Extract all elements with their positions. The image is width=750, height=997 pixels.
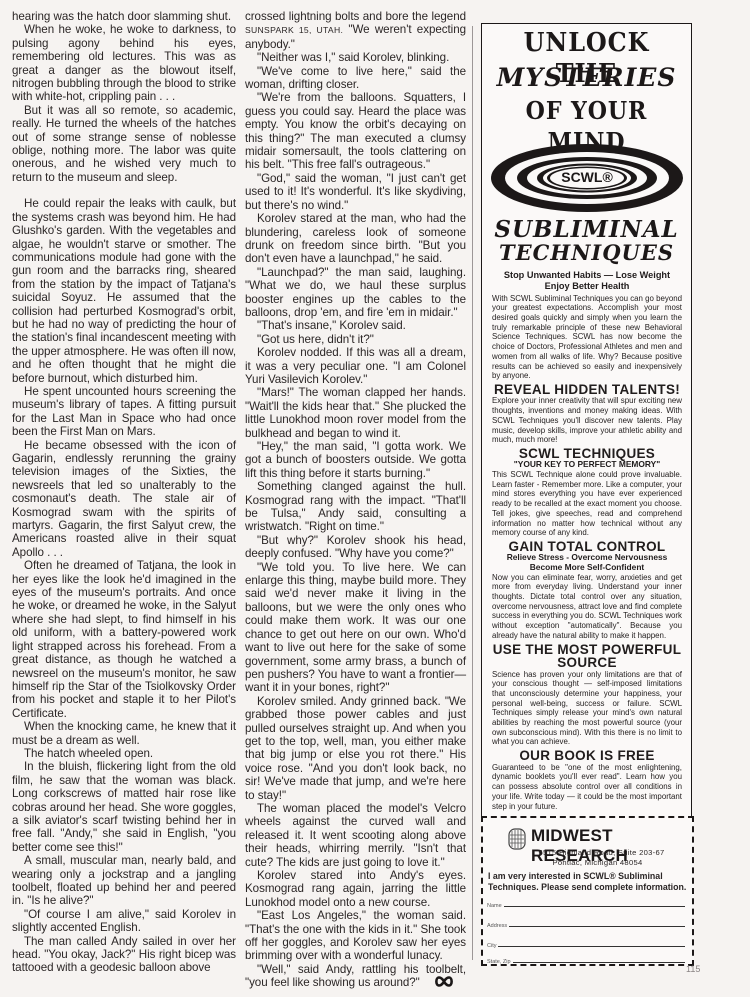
ad-section-heading: SCWL TECHNIQUES xyxy=(492,447,682,461)
story-paragraph: crossed lightning bolts and bore the leg… xyxy=(245,10,466,51)
city-field-label: City xyxy=(487,943,496,949)
ad-section-subheading: Relieve Stress - Overcome Nervousness Be… xyxy=(492,553,682,572)
mail-in-coupon: MIDWEST RESEARCH 6515 Highland Road; Sui… xyxy=(481,816,694,966)
story-paragraph: "East Los Angeles," the woman said. "Tha… xyxy=(245,909,466,963)
scwl-logo-text: SCWL® xyxy=(488,169,686,185)
story-paragraph: "Well," said Andy, rattling his toolbelt… xyxy=(245,963,466,991)
ad-body: Stop Unwanted Habits — Lose Weight Enjoy… xyxy=(492,270,682,811)
story-paragraph: "Launchpad?" the man said, laughing. "Wh… xyxy=(245,266,466,320)
name-field[interactable]: Name xyxy=(487,897,685,909)
address-field-line[interactable] xyxy=(509,926,685,927)
page-number: 115 xyxy=(686,964,700,974)
ad-headline-line-2: MYSTERIES xyxy=(482,62,691,93)
tattoo-legend: SUNSPARK 15, UTAH. xyxy=(245,25,343,35)
ad-section-heading: REVEAL HIDDEN TALENTS! xyxy=(492,383,682,397)
ad-intro: With SCWL Subliminal Techniques you can … xyxy=(492,294,682,381)
ad-section-heading: USE THE MOST POWERFUL SOURCE xyxy=(492,643,682,670)
state-zip-field-label: State, Zip xyxy=(487,959,511,965)
ad-section-body: Science has proven your only limitations… xyxy=(492,670,682,748)
story-paragraph: Often he dreamed of Tatjana, the look in… xyxy=(12,559,236,720)
story-paragraph: "God," said the woman, "I just can't get… xyxy=(245,172,466,212)
story-paragraph: "Neither was I," said Korolev, blinking. xyxy=(245,51,466,64)
story-paragraph: "That's insane," Korolev said. xyxy=(245,319,466,332)
story-paragraph: The man called Andy sailed in over her h… xyxy=(12,935,236,975)
story-paragraph: The hatch wheeled open. xyxy=(12,747,236,760)
city-field-line[interactable] xyxy=(498,946,685,947)
concentric-rings-logo-icon: SCWL® xyxy=(488,142,686,219)
story-paragraph: Korolev nodded. If this was all a dream,… xyxy=(245,346,466,386)
story-paragraph: Something clanged against the hull. Kosm… xyxy=(245,480,466,534)
story-paragraph: "Got us here, didn't it?" xyxy=(245,333,466,346)
address-field[interactable]: Address xyxy=(487,917,685,929)
story-paragraph: Korolev stared into Andy's eyes. Kosmogr… xyxy=(245,869,466,909)
story-paragraph: "We're from the balloons. Squatters, I g… xyxy=(245,91,466,171)
story-paragraph: "We told you. To live here. We can enlar… xyxy=(245,561,466,695)
story-paragraph: Korolev smiled. Andy grinned back. "We g… xyxy=(245,695,466,802)
name-field-label: Name xyxy=(487,903,502,909)
story-paragraph: In the bluish, flickering light from the… xyxy=(12,760,236,854)
company-address-line-2: Pontiac, Michigan 48054 xyxy=(483,858,692,867)
ad-section-heading: OUR BOOK IS FREE xyxy=(492,749,682,763)
story-paragraph: But it was all so remote, so academic, r… xyxy=(12,104,236,184)
infinity-end-mark-icon xyxy=(422,976,454,990)
story-paragraph: "Hey," the man said, "I gotta work. We g… xyxy=(245,440,466,480)
ad-section-body: This SCWL Technique alone could prove in… xyxy=(492,470,682,538)
story-paragraph: The woman placed the model's Velcro whee… xyxy=(245,802,466,869)
story-column-1: hearing was the hatch door slamming shut… xyxy=(12,10,236,975)
ad-section-heading: GAIN TOTAL CONTROL xyxy=(492,540,682,554)
story-paragraph: He spent uncounted hours screening the m… xyxy=(12,385,236,439)
state-zip-field[interactable]: State, Zip xyxy=(487,957,685,965)
story-paragraph: "We've come to live here," said the woma… xyxy=(245,65,466,92)
story-paragraph: A small, muscular man, nearly bald, and … xyxy=(12,854,236,908)
address-field-label: Address xyxy=(487,923,507,929)
ad-box: UNLOCK THE MYSTERIES OF YOUR MIND SCWL® … xyxy=(481,23,692,817)
story-text: crossed lightning bolts and bore the leg… xyxy=(245,10,466,23)
ad-section-body: Now you can eliminate fear, worry, anxie… xyxy=(492,573,682,641)
story-paragraph: hearing was the hatch door slamming shut… xyxy=(12,10,236,23)
ad-subhead-line-2: TECHNIQUES xyxy=(482,240,691,266)
story-paragraph: When he woke, he woke to darkness, to pu… xyxy=(12,23,236,103)
story-column-2: crossed lightning bolts and bore the leg… xyxy=(245,10,466,991)
column-divider xyxy=(472,26,473,960)
ad-tagline: Stop Unwanted Habits — Lose Weight xyxy=(492,270,682,281)
story-paragraph: "But why?" Korolev shook his head, deepl… xyxy=(245,534,466,561)
story-paragraph: "Of course I am alive," said Korolev in … xyxy=(12,908,236,935)
ad-section-subheading: "YOUR KEY TO PERFECT MEMORY" xyxy=(492,460,682,470)
coupon-request-text: I am very interested in SCWL® Subliminal… xyxy=(488,871,688,893)
city-field[interactable]: City xyxy=(487,937,685,949)
story-paragraph: He could repair the leaks with caulk, bu… xyxy=(12,197,236,385)
story-paragraph: Korolev stared at the man, who had the b… xyxy=(245,212,466,266)
story-paragraph: When the knocking came, he knew that it … xyxy=(12,720,236,747)
state-zip-field-line[interactable] xyxy=(513,962,685,963)
ad-section-body: Explore your inner creativity that will … xyxy=(492,396,682,445)
ad-section-body: Guaranteed to be "one of the most enligh… xyxy=(492,763,682,812)
name-field-line[interactable] xyxy=(504,906,685,907)
ad-tagline: Enjoy Better Health xyxy=(492,281,682,292)
scwl-advertisement: UNLOCK THE MYSTERIES OF YOUR MIND SCWL® … xyxy=(481,23,694,965)
company-address-line-1: 6515 Highland Road; Suite 203-67 xyxy=(483,848,692,857)
story-paragraph: He became obsessed with the icon of Gaga… xyxy=(12,439,236,560)
story-paragraph: "Mars!" The woman clapped her hands. "Wa… xyxy=(245,386,466,440)
